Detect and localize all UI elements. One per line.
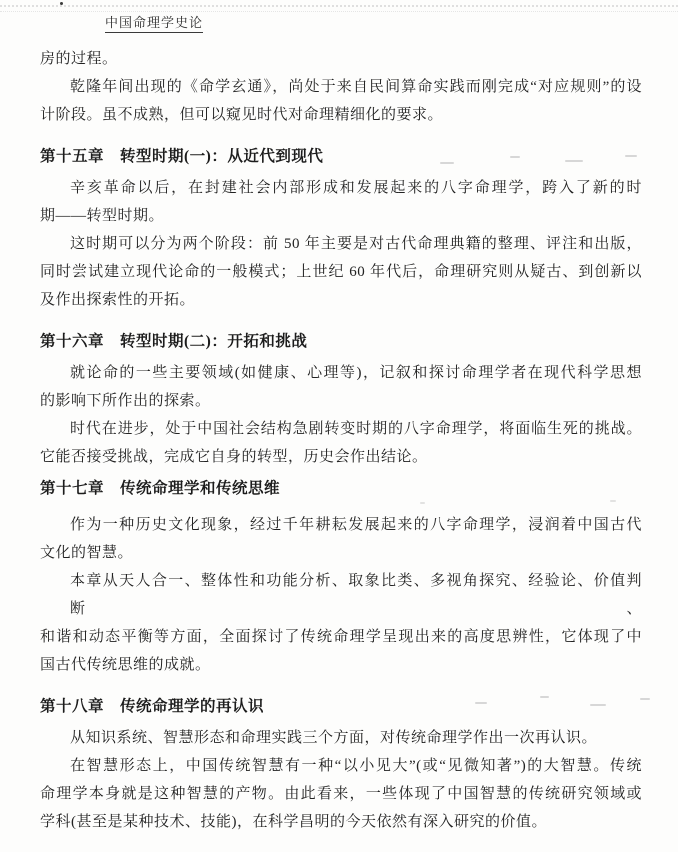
text-line: 学科(甚至是某种技术、技能)，在科学昌明的今天依然有深入研究的价值。 — [40, 808, 642, 836]
chapter-heading-17: 第十七章 传统命理学和传统思维 — [40, 475, 642, 503]
text-line: 辛亥革命以后，在封建社会内部形成和发展起来的八字命理学，跨入了新的时 — [40, 174, 642, 202]
text-line: 在智慧形态上，中国传统智慧有一种“以小见大”(或“见微知著”)的大智慧。传统 — [40, 752, 642, 780]
text-line: 计阶段。虽不成熟，但可以窥见时代对命理精细化的要求。 — [40, 101, 642, 129]
text-line: 文化的智慧。 — [40, 539, 642, 567]
text-line: 的影响下所作出的探索。 — [40, 387, 642, 415]
text-line: 期——转型时期。 — [40, 202, 642, 230]
text-line: 同时尝试建立现代论命的一般模式；上世纪 60 年代后，命理研究则从疑古、到创新以 — [40, 258, 642, 286]
text-line: 命理学本身就是这种智慧的产物。由此看来，一些体现了中国智慧的传统研究领域或 — [40, 780, 642, 808]
chapter-heading-16: 第十六章 转型时期(二)：开拓和挑战 — [40, 328, 642, 356]
text-line: 国古代传统思维的成就。 — [40, 651, 642, 679]
chapter-heading-18: 第十八章 传统命理学的再认识 — [40, 693, 642, 721]
text-line: 房的过程。 — [40, 45, 642, 73]
chapter-heading-15: 第十五章 转型时期(一)：从近代到现代 — [40, 143, 642, 171]
text-line: 本章从天人合一、整体性和功能分析、取象比类、多视角探究、经验论、价值判断、 — [40, 567, 642, 623]
text-line: 就论命的一些主要领域(如健康、心理等)，记叙和探讨命理学者在现代科学思想 — [40, 359, 642, 387]
text-line: 从知识系统、智慧形态和命理实践三个方面，对传统命理学作出一次再认识。 — [40, 724, 642, 752]
text-line: 这时期可以分为两个阶段：前 50 年主要是对古代命理典籍的整理、评注和出版， — [40, 230, 642, 258]
text-line: 它能否接受挑战，完成它自身的转型，历史会作出结论。 — [40, 443, 642, 471]
text-line: 和谐和动态平衡等方面，全面探讨了传统命理学呈现出来的高度思辨性，它体现了中 — [40, 623, 642, 651]
text-line: 时代在进步，处于中国社会结构急剧转变时期的八字命理学，将面临生死的挑战。 — [40, 415, 642, 443]
text-line: 作为一种历史文化现象，经过千年耕耘发展起来的八字命理学，浸润着中国古代 — [40, 511, 642, 539]
text-line: 及作出探索性的开拓。 — [40, 286, 642, 314]
scanned-book-page: 中国命理学史论 房的过程。 乾隆年间出现的《命学玄通》，尚处于来自民间算命实践而… — [0, 0, 678, 852]
text-line: 乾隆年间出现的《命学玄通》，尚处于来自民间算命实践而刚完成“对应规则”的设 — [40, 73, 642, 101]
page-content: 房的过程。 乾隆年间出现的《命学玄通》，尚处于来自民间算命实践而刚完成“对应规则… — [0, 0, 678, 836]
